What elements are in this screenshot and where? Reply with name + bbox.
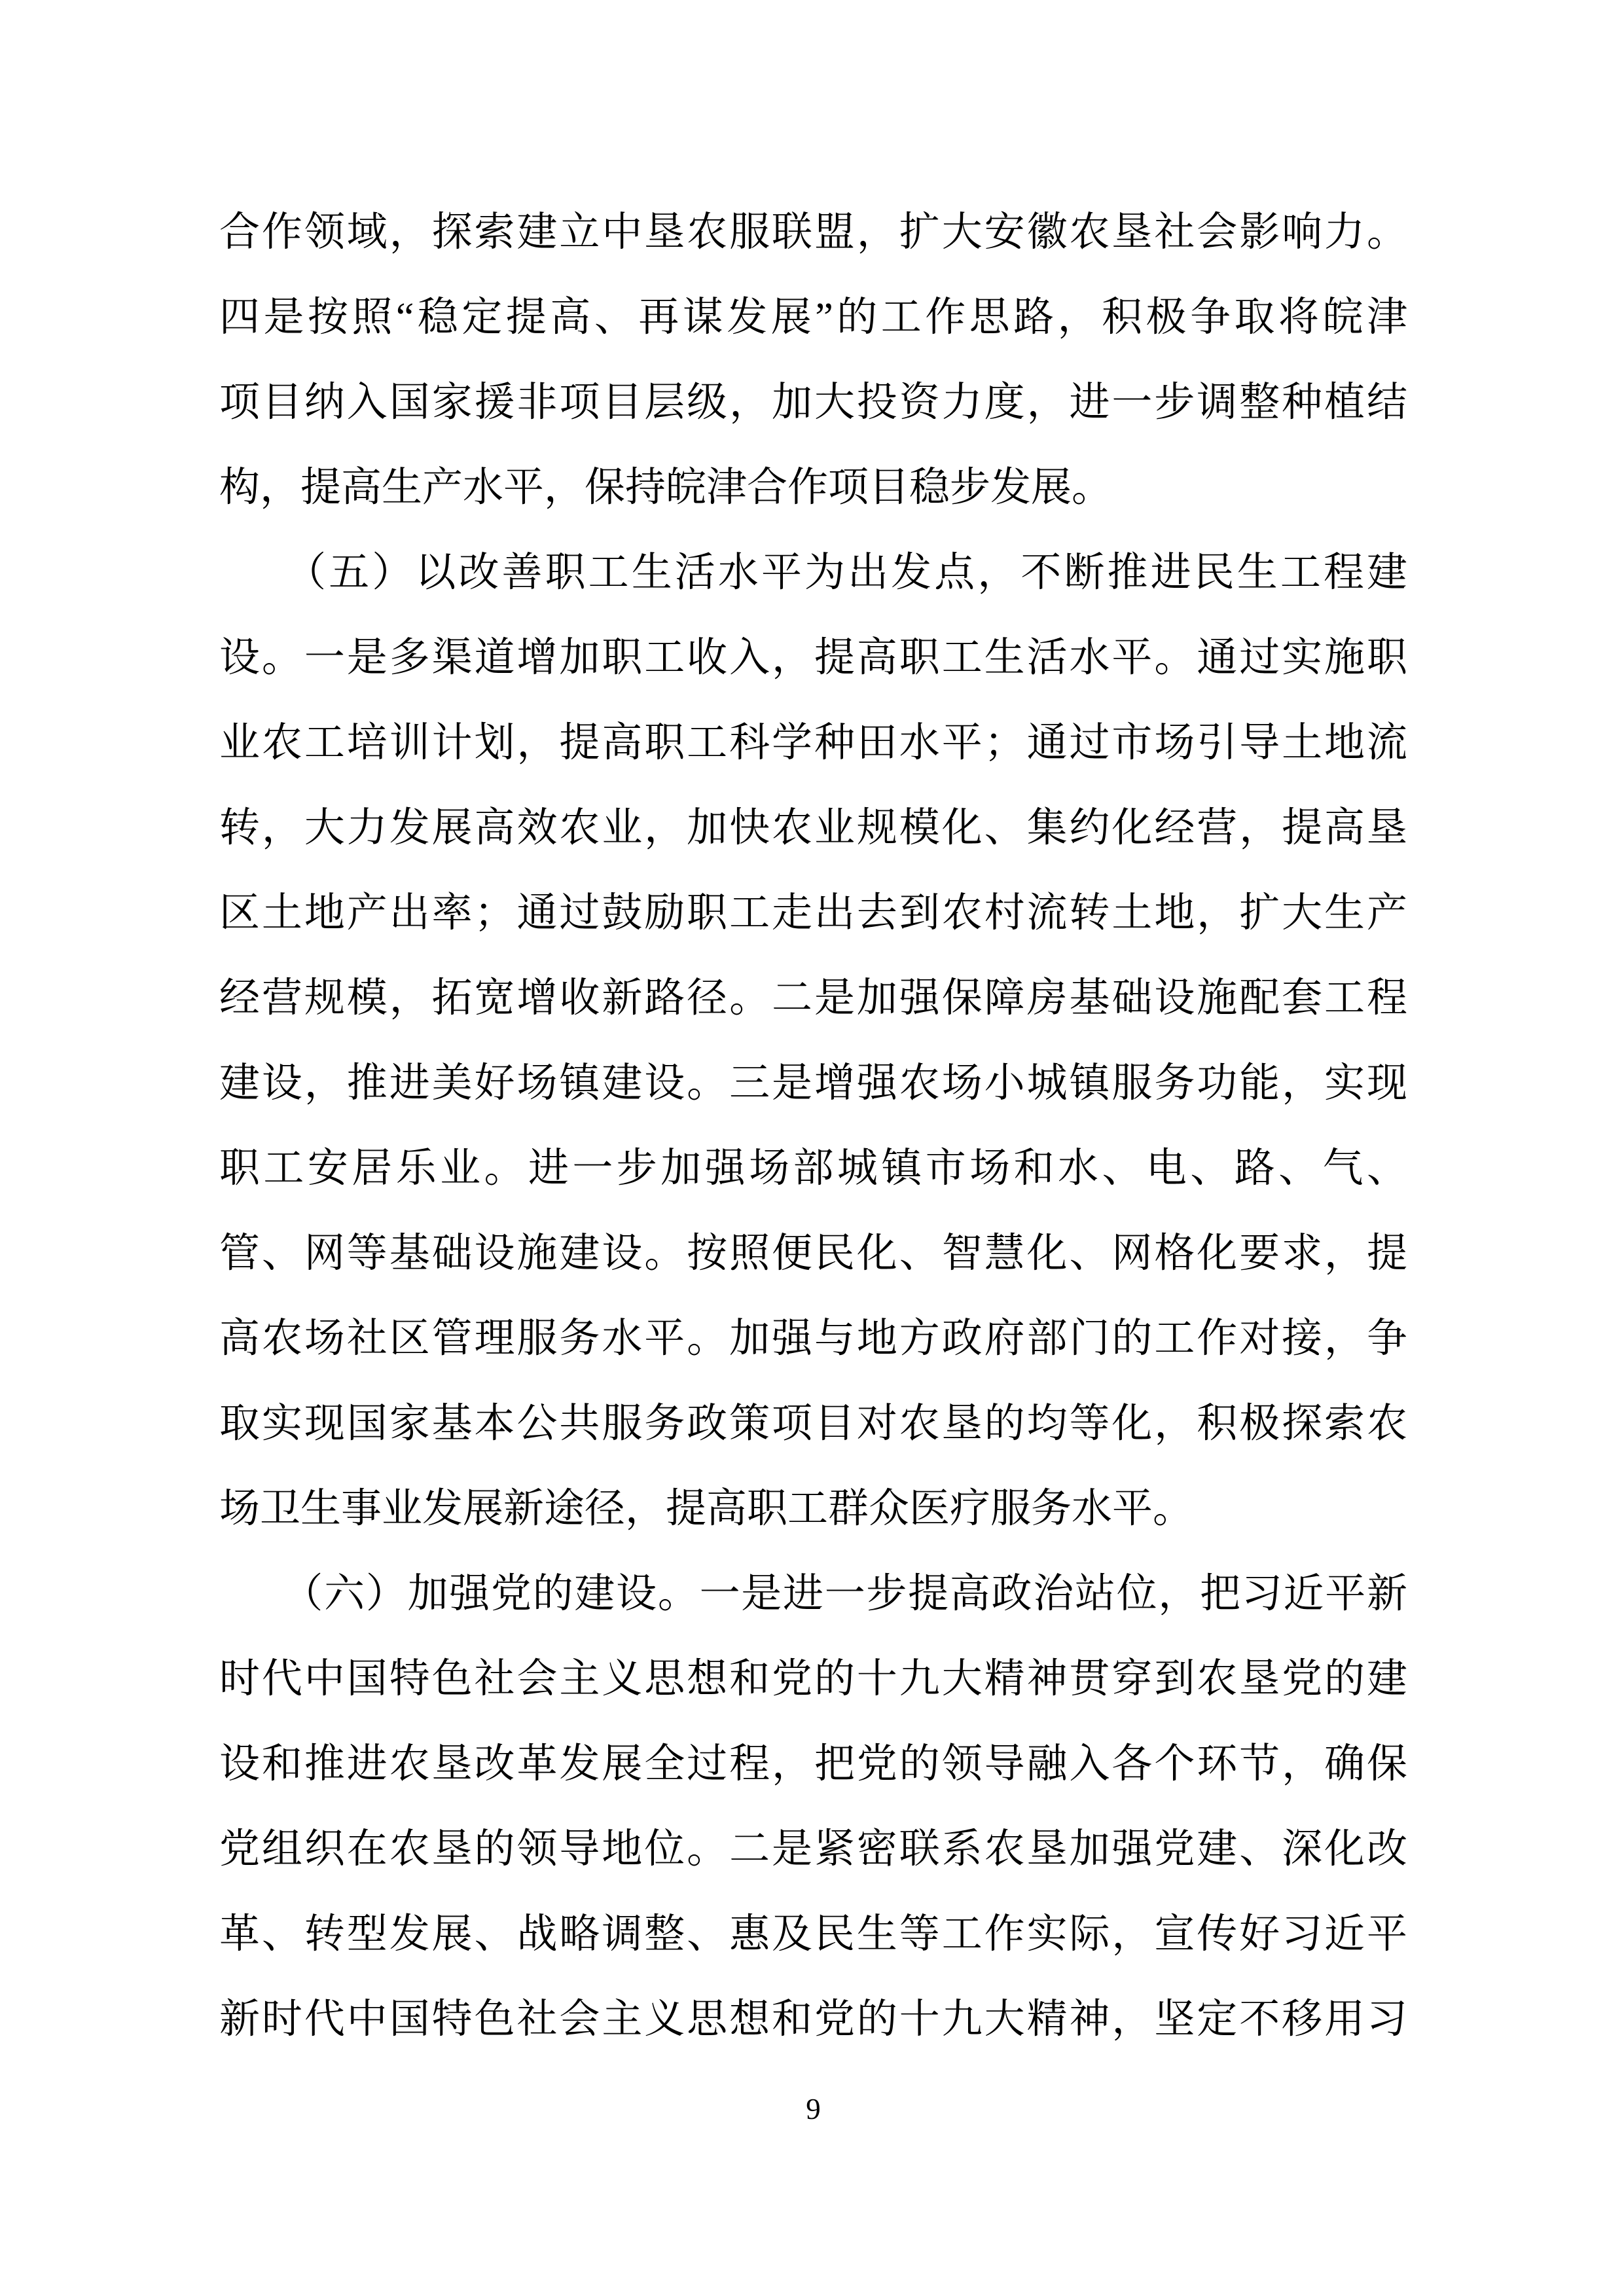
text-line: 管、网等基础设施建设。按照便民化、智慧化、网格化要求，提 [219, 1211, 1407, 1296]
text-line: 新时代中国特色社会主义思想和党的十九大精神，坚定不移用习 [219, 1977, 1407, 2062]
text-line: 党组织在农垦的领导地位。二是紧密联系农垦加强党建、深化改 [219, 1807, 1407, 1892]
text-line: 职工安居乐业。进一步加强场部城镇市场和水、电、路、气、 [219, 1126, 1407, 1211]
text-line: 项目纳入国家援非项目层级，加大投资力度，进一步调整种植结 [219, 360, 1407, 445]
text-line: 建设，推进美好场镇建设。三是增强农场小城镇服务功能，实现 [219, 1041, 1407, 1126]
text-line: 四是按照“稳定提高、再谋发展”的工作思路，积极争取将皖津 [219, 275, 1407, 360]
text-line: 业农工培训计划，提高职工科学种田水平；通过市场引导土地流 [219, 700, 1407, 786]
text-line: （五）以改善职工生活水平为出发点，不断推进民生工程建 [219, 530, 1407, 615]
text-line: （六）加强党的建设。一是进一步提高政治站位，把习近平新 [219, 1551, 1407, 1636]
text-line: 经营规模，拓宽增收新路径。二是加强保障房基础设施配套工程 [219, 956, 1407, 1041]
document-page: 合作领域，探索建立中垦农服联盟，扩大安徽农垦社会影响力。四是按照“稳定提高、再谋… [0, 0, 1624, 2295]
text-line: 时代中国特色社会主义思想和党的十九大精神贯穿到农垦党的建 [219, 1636, 1407, 1722]
text-block: 合作领域，探索建立中垦农服联盟，扩大安徽农垦社会影响力。四是按照“稳定提高、再谋… [219, 190, 1407, 2062]
text-line: 转，大力发展高效农业，加快农业规模化、集约化经营，提高垦 [219, 786, 1407, 871]
text-line: 革、转型发展、战略调整、惠及民生等工作实际，宣传好习近平 [219, 1892, 1407, 1977]
text-line: 取实现国家基本公共服务政策项目对农垦的均等化，积极探索农 [219, 1381, 1407, 1466]
text-line: 构，提高生产水平，保持皖津合作项目稳步发展。 [219, 445, 1407, 530]
text-line: 场卫生事业发展新途径，提高职工群众医疗服务水平。 [219, 1466, 1407, 1551]
text-line: 区土地产出率；通过鼓励职工走出去到农村流转土地，扩大生产 [219, 871, 1407, 956]
text-line: 合作领域，探索建立中垦农服联盟，扩大安徽农垦社会影响力。 [219, 190, 1407, 275]
text-line: 设和推进农垦改革发展全过程，把党的领导融入各个环节，确保 [219, 1722, 1407, 1807]
text-line: 高农场社区管理服务水平。加强与地方政府部门的工作对接，争 [219, 1296, 1407, 1381]
page-number: 9 [219, 2092, 1407, 2126]
text-line: 设。一是多渠道增加职工收入，提高职工生活水平。通过实施职 [219, 615, 1407, 700]
